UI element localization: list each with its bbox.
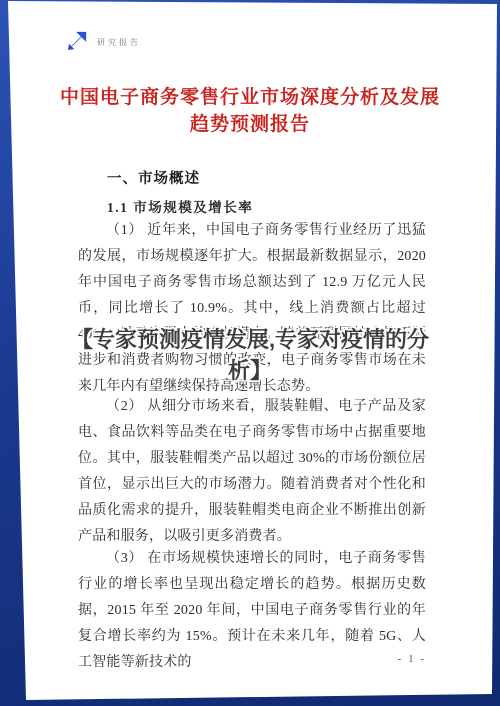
page-content: 研究报告 中国电子商务零售行业市场深度分析及发展趋势预测报告 一、市场概述 1.… xyxy=(0,0,500,706)
arrow-up-right-icon xyxy=(66,30,88,52)
brand-text: 研究报告 xyxy=(97,37,141,48)
paragraph-2: （2） 从细分市场来看，服装鞋帽、电子产品及家电、食品饮料等品类在电子商务零售市… xyxy=(78,394,426,550)
subsection-heading: 1.1 市场规模及增长率 xyxy=(107,196,253,216)
watermark-overlay: 【专家预测疫情发展,专家对疫情的分析】 xyxy=(61,324,439,386)
document-viewer-canvas: 研究报告 中国电子商务零售行业市场深度分析及发展趋势预测报告 一、市场概述 1.… xyxy=(0,0,500,706)
page-number: - 1 - xyxy=(78,653,426,665)
brand-logo: 研究报告 xyxy=(66,30,141,52)
section-heading: 一、市场概述 xyxy=(107,167,200,188)
report-title: 中国电子商务零售行业市场深度分析及发展趋势预测报告 xyxy=(55,84,445,138)
